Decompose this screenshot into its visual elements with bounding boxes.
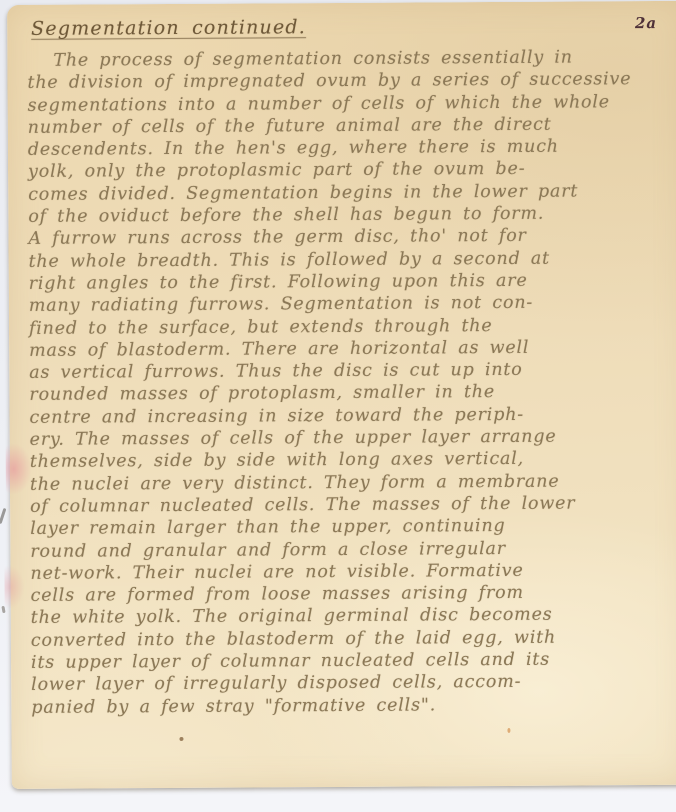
handwritten-line: panied by a few stray "formative cells". (31, 693, 676, 719)
page-title: Segmentation continued. (31, 16, 306, 40)
margin-pencil-mark (0, 508, 6, 524)
scan-background: 2a Segmentation continued. The process o… (0, 0, 676, 812)
page-number: 2a (635, 14, 657, 32)
handwritten-body: The process of segmentation consists ess… (27, 47, 676, 720)
manuscript-page: 2a Segmentation continued. The process o… (7, 1, 676, 789)
paper-speck (179, 737, 183, 741)
paper-speck (507, 728, 510, 733)
pink-ink-smudge (4, 565, 24, 609)
margin-pencil-mark (1, 606, 5, 613)
pink-ink-smudge (6, 443, 32, 495)
